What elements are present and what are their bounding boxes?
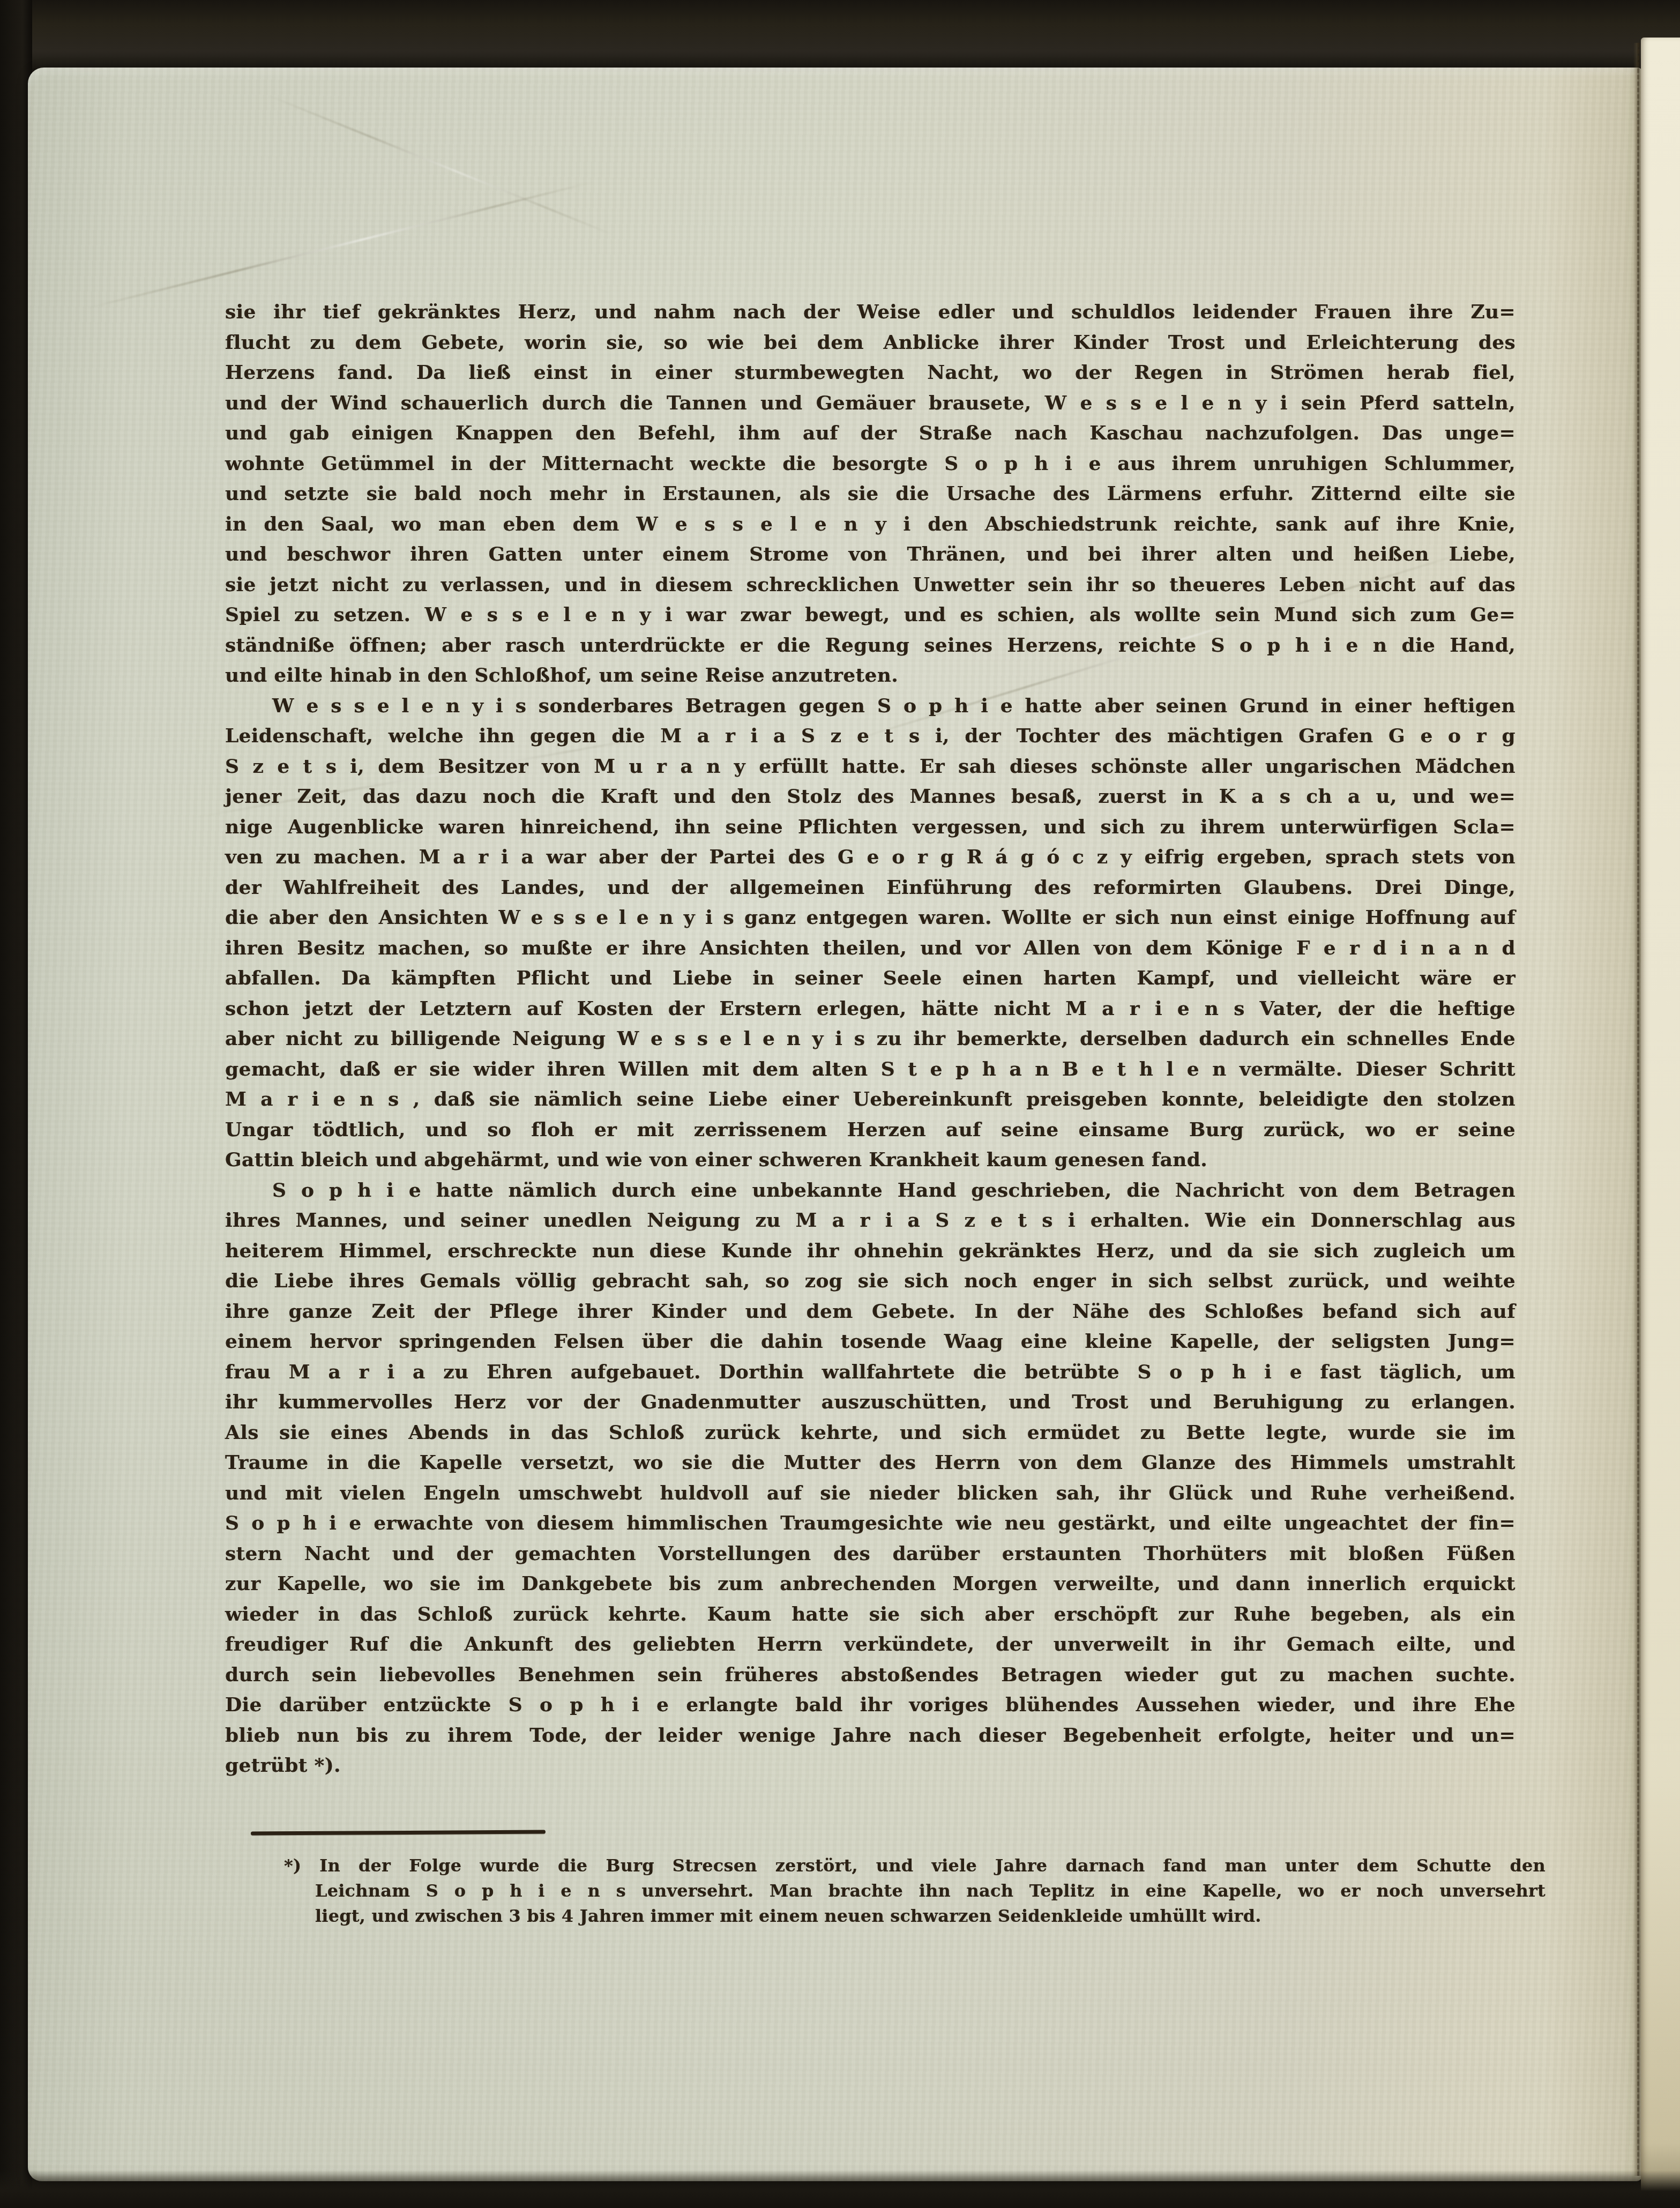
- text-line: die Liebe ihres Gemals völlig gebracht s…: [225, 1266, 1515, 1296]
- text-line: und der Wind schauerlich durch die Tanne…: [225, 388, 1515, 419]
- text-line: Traume in die Kapelle versetzt, wo sie d…: [225, 1448, 1515, 1478]
- text-line: Als sie eines Abends in das Schloß zurüc…: [225, 1418, 1515, 1448]
- text-line: sie jetzt nicht zu verlassen, und in die…: [225, 570, 1515, 600]
- text-line: in den Saal, wo man eben dem W e s s e l…: [225, 509, 1515, 540]
- text-line: S o p h i e hatte nämlich durch eine unb…: [225, 1175, 1515, 1206]
- paper-crease: [266, 94, 615, 236]
- text-line: jener Zeit, das dazu noch die Kraft und …: [225, 781, 1515, 812]
- text-line: M a r i e n s , daß sie nämlich seine Li…: [225, 1084, 1515, 1115]
- text-line: gemacht, daß er sie wider ihren Willen m…: [225, 1054, 1515, 1085]
- text-line: Herzens fand. Da ließ einst in einer stu…: [225, 357, 1515, 388]
- text-line: Ungar tödtlich, und so floh er mit zerri…: [225, 1115, 1515, 1145]
- text-line: einem hervor springenden Felsen über die…: [225, 1326, 1515, 1357]
- text-line: ihre ganze Zeit der Pflege ihrer Kinder …: [225, 1296, 1515, 1327]
- footnote-separator-rule: [251, 1830, 546, 1836]
- text-line: wohnte Getümmel in der Mitternacht weckt…: [225, 449, 1515, 479]
- paragraph: W e s s e l e n y i s sonderbares Betrag…: [225, 691, 1515, 1175]
- text-line: und setzte sie bald noch mehr in Erstaun…: [225, 479, 1515, 509]
- text-line: die aber den Ansichten W e s s e l e n y…: [225, 902, 1515, 933]
- text-line: sie ihr tief gekränktes Herz, und nahm n…: [225, 297, 1515, 327]
- text-line: Die darüber entzückte S o p h i e erlang…: [225, 1690, 1515, 1720]
- text-line: W e s s e l e n y i s sonderbares Betrag…: [225, 691, 1515, 721]
- text-line: ständniße öffnen; aber rasch unterdrückt…: [225, 630, 1515, 661]
- stitch-thread: [1637, 43, 1639, 2176]
- text-line: Spiel zu setzen. W e s s e l e n y i war…: [225, 600, 1515, 630]
- footnote-block: *) In der Folge wurde die Burg Strecsen …: [284, 1853, 1545, 1929]
- text-line: abfallen. Da kämpften Pflicht und Liebe …: [225, 963, 1515, 994]
- text-line: S z e t s i, dem Besitzer von M u r a n …: [225, 751, 1515, 782]
- adjacent-page-edge: [1641, 38, 1680, 2208]
- main-text-block: sie ihr tief gekränktes Herz, und nahm n…: [225, 297, 1515, 1781]
- text-line: und mit vielen Engeln umschwebt huldvoll…: [225, 1478, 1515, 1509]
- text-line: stern Nacht und der gemachten Vorstellun…: [225, 1539, 1515, 1569]
- text-line: blieb nun bis zu ihrem Tode, der leider …: [225, 1720, 1515, 1751]
- text-line: aber nicht zu billigende Neigung W e s s…: [225, 1024, 1515, 1054]
- text-line: Leidenschaft, welche ihn gegen die M a r…: [225, 721, 1515, 751]
- text-line: und gab einigen Knappen den Befehl, ihm …: [225, 418, 1515, 449]
- text-line: heiterem Himmel, erschreckte nun diese K…: [225, 1236, 1515, 1266]
- footnote-line: *) In der Folge wurde die Burg Strecsen …: [284, 1853, 1545, 1878]
- text-line: freudiger Ruf die Ankunft des geliebten …: [225, 1629, 1515, 1660]
- footnote-line: liegt, und zwischen 3 bis 4 Jahren immer…: [284, 1904, 1545, 1929]
- text-line: ihren Besitz machen, so mußte er ihre An…: [225, 933, 1515, 964]
- book-cover-bottom: [0, 2170, 1680, 2208]
- text-line: S o p h i e erwachte von diesem himmlisc…: [225, 1508, 1515, 1539]
- paper-crease: [84, 181, 594, 310]
- text-line: flucht zu dem Gebete, worin sie, so wie …: [225, 327, 1515, 358]
- text-line: zur Kapelle, wo sie im Dankgebete bis zu…: [225, 1569, 1515, 1599]
- text-line: getrübt *).: [225, 1750, 1515, 1781]
- text-line: wieder in das Schloß zurück kehrte. Kaum…: [225, 1599, 1515, 1630]
- text-line: schon jetzt der Letztern auf Kosten der …: [225, 994, 1515, 1024]
- text-line: frau M a r i a zu Ehren aufgebauet. Dort…: [225, 1357, 1515, 1388]
- text-line: nige Augenblicke waren hinreichend, ihn …: [225, 812, 1515, 842]
- paragraph: sie ihr tief gekränktes Herz, und nahm n…: [225, 297, 1515, 691]
- footnote-line: Leichnam S o p h i e n s unversehrt. Man…: [284, 1878, 1545, 1904]
- book-cover-top: [0, 0, 1680, 69]
- text-line: und eilte hinab in den Schloßhof, um sei…: [225, 660, 1515, 691]
- text-line: und beschwor ihren Gatten unter einem St…: [225, 539, 1515, 570]
- paragraph: S o p h i e hatte nämlich durch eine unb…: [225, 1175, 1515, 1781]
- text-line: ihres Mannes, und seiner unedlen Neigung…: [225, 1205, 1515, 1236]
- text-line: Gattin bleich und abgehärmt, und wie von…: [225, 1145, 1515, 1175]
- text-line: durch sein liebevolles Benehmen sein frü…: [225, 1660, 1515, 1690]
- book-cover-left: [0, 0, 32, 2208]
- book-page: sie ihr tief gekränktes Herz, und nahm n…: [28, 68, 1642, 2181]
- text-line: ven zu machen. M a r i a war aber der Pa…: [225, 842, 1515, 872]
- text-line: der Wahlfreiheit des Landes, und der all…: [225, 872, 1515, 903]
- text-line: ihr kummervolles Herz vor der Gnadenmutt…: [225, 1387, 1515, 1418]
- book-scan: sie ihr tief gekränktes Herz, und nahm n…: [0, 0, 1680, 2208]
